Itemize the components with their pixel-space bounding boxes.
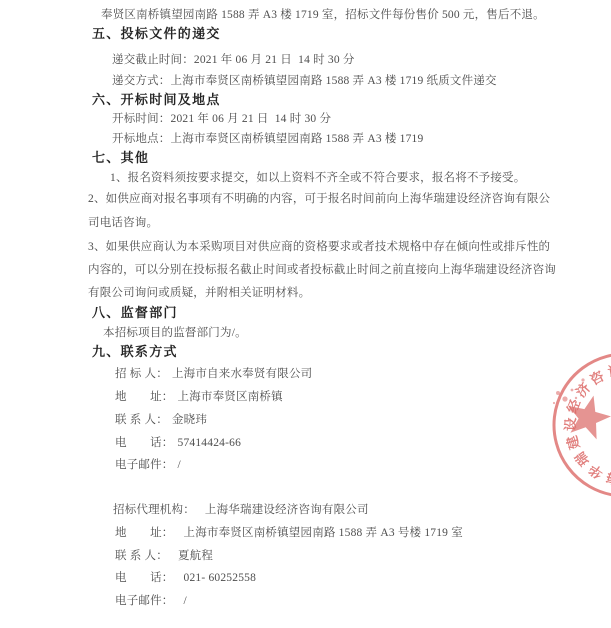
address2-label: 地 址： xyxy=(115,527,174,539)
agency-value: 上海华瑞建设经济咨询有限公司 xyxy=(195,504,369,516)
phone1-value: 57414424-66 xyxy=(174,437,242,449)
contact1-value: 金晓玮 xyxy=(168,414,207,426)
tenderer-value: 上海市自来水奉贤有限公司 xyxy=(168,368,312,380)
email2-label: 电子邮件： xyxy=(115,595,174,607)
opening-time: 开标时间：2021 年 06 月 21 日 14 时 30 分 xyxy=(112,112,331,127)
phone2-value: 021- 60252558 xyxy=(174,572,257,584)
other-item3-line1: 3、如果供应商认为本采购项目对供应商的资格要求或者技术规格中存在倾向性或排斥性的 xyxy=(88,240,550,255)
tenderer-row: 招 标 人：上海市自来水奉贤有限公司 xyxy=(115,367,312,382)
opening-place: 开标地点：上海市奉贤区南桥镇望园南路 1588 弄 A3 楼 1719 xyxy=(112,132,423,147)
email1-row: 电子邮件：/ xyxy=(115,458,181,473)
phone1-row: 电 话：57414424-66 xyxy=(115,436,241,451)
email2-value: / xyxy=(174,595,187,607)
phone2-label: 电 话： xyxy=(115,572,174,584)
contact2-value: 夏航程 xyxy=(168,550,213,562)
email1-label: 电子邮件： xyxy=(115,459,174,471)
section7-heading: 七、其他 xyxy=(92,150,149,165)
agency-label: 招标代理机构： xyxy=(113,504,195,516)
section9-heading: 九、联系方式 xyxy=(92,344,178,359)
phone2-row: 电 话：021- 60252558 xyxy=(115,571,256,586)
other-item2-line1: 2、如供应商对报名事项有不明确的内容，可于报名时间前向上海华瑞建设经济咨询有限公 xyxy=(88,192,550,207)
agency-row: 招标代理机构：上海华瑞建设经济咨询有限公司 xyxy=(113,503,369,518)
section6-heading: 六、开标时间及地点 xyxy=(92,92,221,107)
contact2-label: 联 系 人： xyxy=(115,550,168,562)
intro-line: 奉贤区南桥镇望园南路 1588 弄 A3 楼 1719 室，招标文件每份售价 5… xyxy=(101,8,545,23)
document-page: 奉贤区南桥镇望园南路 1588 弄 A3 楼 1719 室，招标文件每份售价 5… xyxy=(0,0,611,628)
other-item3-line2: 内容的，可以分别在投标报名截止时间或者投标截止时间之前直接向上海华瑞建设经济咨询 xyxy=(88,263,556,278)
red-company-seal: 上海华瑞建设经济咨询有限公司 上 xyxy=(538,342,611,512)
other-item1: 1、报名资料须按要求提交，如以上资料不齐全或不符合要求，报名将不予接受。 xyxy=(110,171,525,186)
address2-value: 上海市奉贤区南桥镇望园南路 1588 弄 A3 号楼 1719 室 xyxy=(174,527,463,539)
contact1-label: 联 系 人： xyxy=(115,414,168,426)
phone1-label: 电 话： xyxy=(115,437,174,449)
address2-row: 地 址：上海市奉贤区南桥镇望园南路 1588 弄 A3 号楼 1719 室 xyxy=(115,526,463,541)
submission-deadline: 递交截止时间：2021 年 06 月 21 日 14 时 30 分 xyxy=(112,53,355,68)
address1-value: 上海市奉贤区南桥镇 xyxy=(174,391,283,403)
address1-row: 地 址：上海市奉贤区南桥镇 xyxy=(115,390,283,405)
other-item3-line3: 有限公司询问或质疑，并附相关证明材料。 xyxy=(88,286,310,301)
tenderer-label: 招 标 人： xyxy=(115,368,168,380)
email1-value: / xyxy=(174,459,181,471)
contact1-row: 联 系 人：金晓玮 xyxy=(115,413,207,428)
address1-label: 地 址： xyxy=(115,391,174,403)
email2-row: 电子邮件：/ xyxy=(115,594,187,609)
submission-method: 递交方式：上海市奉贤区南桥镇望园南路 1588 弄 A3 楼 1719 纸质文件… xyxy=(112,74,497,89)
section5-heading: 五、投标文件的递交 xyxy=(92,26,221,41)
section8-heading: 八、监督部门 xyxy=(92,305,178,320)
other-item2-line2: 司电话咨询。 xyxy=(88,216,158,231)
contact2-row: 联 系 人：夏航程 xyxy=(115,549,213,564)
supervision-body: 本招标项目的监督部门为/。 xyxy=(103,326,247,341)
